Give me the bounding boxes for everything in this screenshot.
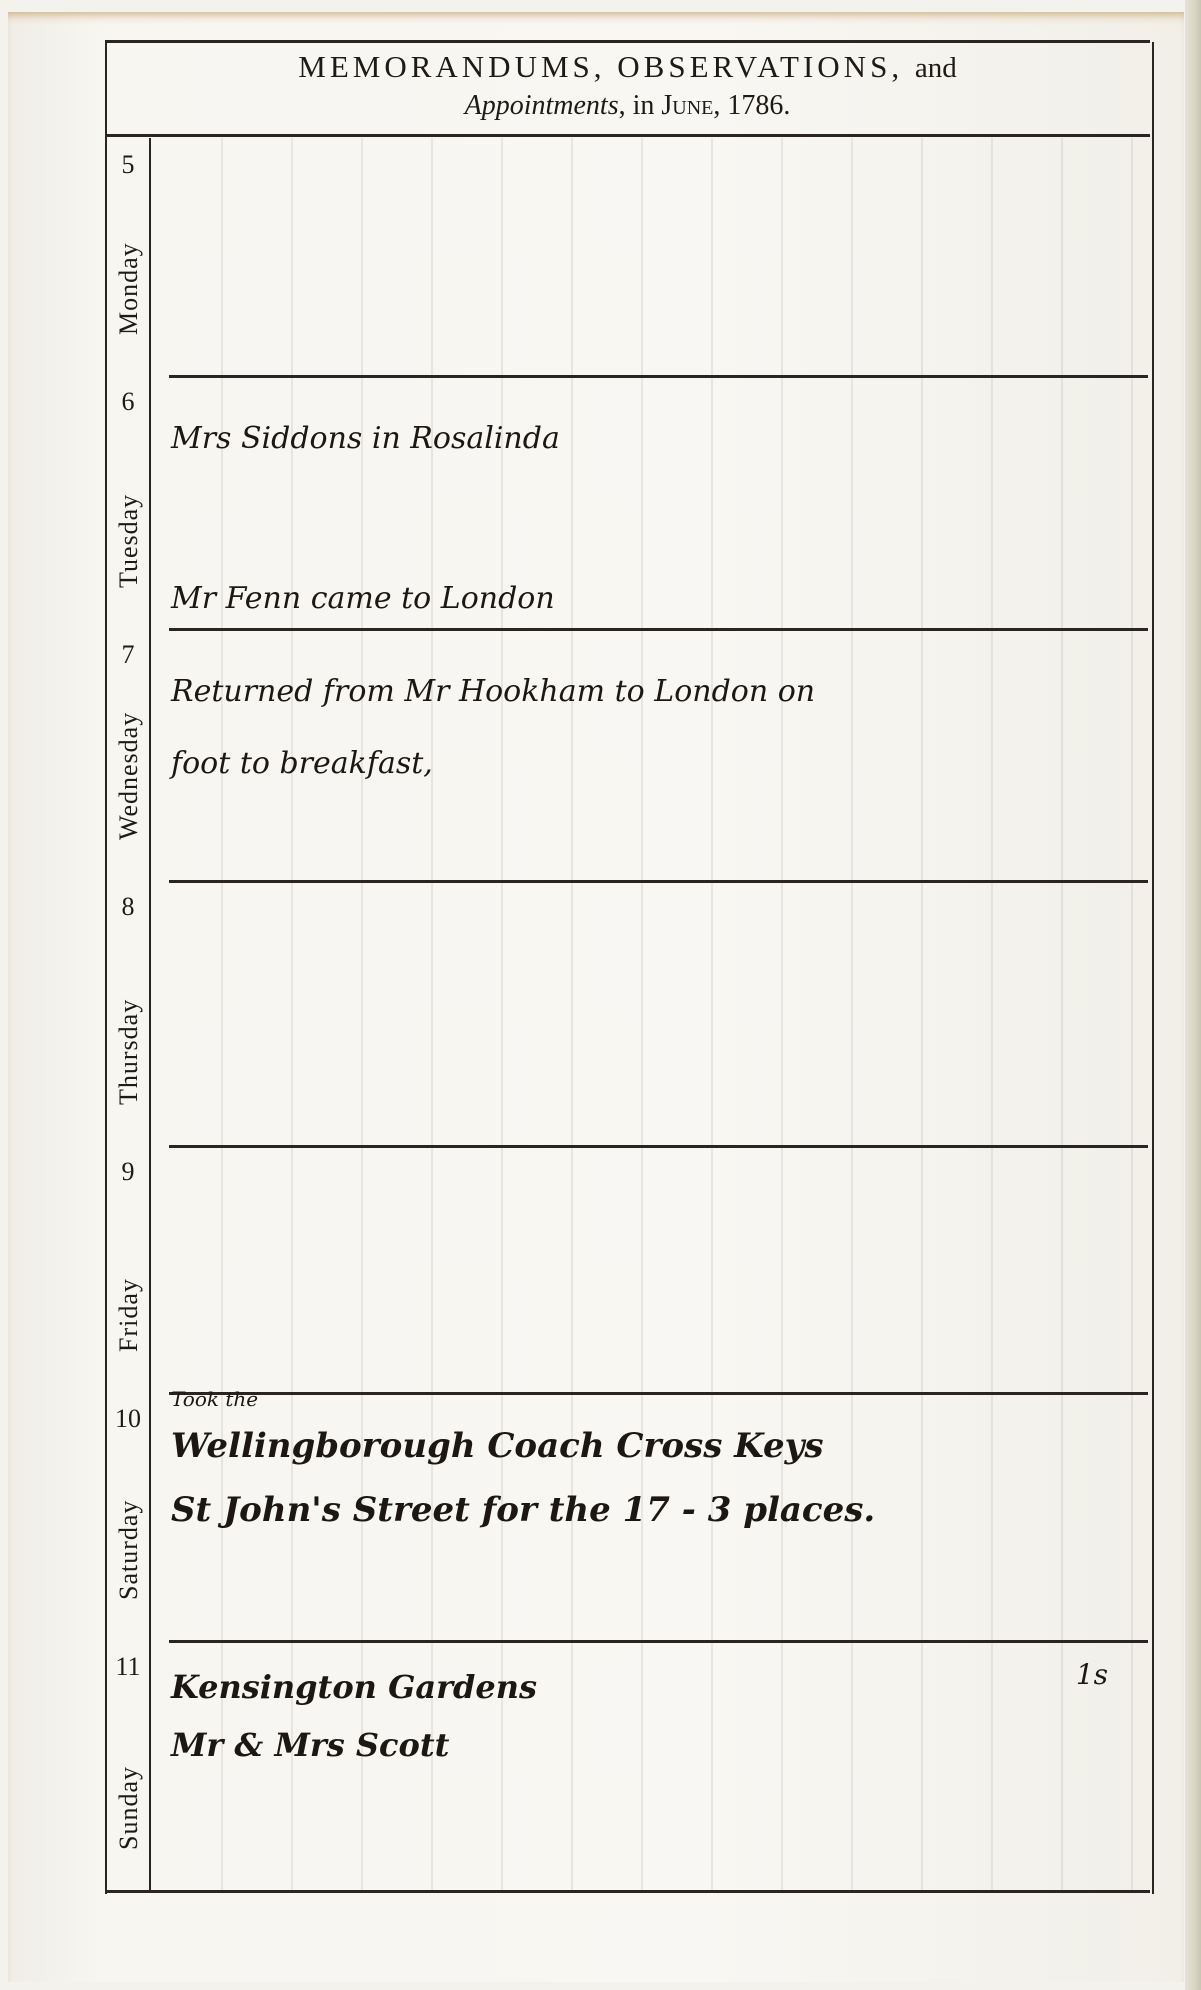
header-title-main: MEMORANDUMS, OBSERVATIONS,	[298, 49, 903, 84]
header-appointments: Appointments	[465, 90, 619, 121]
header-year: , 1786.	[713, 90, 790, 121]
header-top-rule	[105, 40, 1150, 43]
day-divider	[169, 880, 1148, 883]
day-number: 10	[107, 1404, 149, 1434]
day-divider	[169, 1145, 1148, 1148]
day-divider	[169, 628, 1148, 631]
day-number: 7	[107, 640, 149, 670]
header-bottom-rule	[105, 134, 1150, 137]
note-spacer	[171, 483, 1128, 495]
page-edge	[1185, 0, 1201, 1990]
day-notes: Returned from Mr Hookham to London on fo…	[171, 656, 1128, 800]
bleed-through	[153, 1145, 1148, 1392]
day-row-wednesday: 7 Wednesday Returned from Mr Hookham to …	[107, 628, 1148, 880]
day-number: 9	[107, 1157, 149, 1187]
day-number: 8	[107, 892, 149, 922]
header-subtitle: Appointments, in June, 1786.	[110, 88, 1145, 124]
margin-mark: 1s	[1076, 1658, 1108, 1691]
bleed-through	[153, 880, 1148, 1145]
day-divider	[169, 375, 1148, 378]
day-label-column: 10 Saturday	[107, 1392, 151, 1640]
header-in: , in	[619, 90, 662, 121]
day-label-column: 6 Tuesday	[107, 375, 151, 628]
day-divider	[169, 1640, 1148, 1643]
day-notes: Mrs Siddons in Rosalinda Mr Fenn came to…	[171, 395, 1128, 643]
day-label-column: 7 Wednesday	[107, 628, 151, 880]
day-notes: Took the Wellingborough Coach Cross Keys…	[171, 1384, 1128, 1542]
day-row-sunday: 11 Sunday Kensington Gardens Mr & Mrs Sc…	[107, 1640, 1148, 1890]
day-row-saturday: 10 Saturday Took the Wellingborough Coac…	[107, 1392, 1148, 1640]
day-number: 5	[107, 150, 149, 180]
note-line: foot to breakfast,	[171, 728, 1128, 800]
day-name: Tuesday	[114, 494, 144, 588]
note-line: Mrs Siddons in Rosalinda	[171, 395, 1128, 483]
day-name: Saturday	[114, 1500, 144, 1600]
day-name: Sunday	[114, 1766, 144, 1850]
note-line: St John's Street for the 17 - 3 places.	[171, 1478, 1128, 1542]
header-month: June	[661, 90, 713, 121]
note-line: Kensington Gardens	[171, 1658, 1128, 1716]
day-number: 6	[107, 387, 149, 417]
footer-rule	[105, 1890, 1150, 1893]
day-label-column: 9 Friday	[107, 1145, 151, 1392]
day-name: Wednesday	[114, 712, 144, 840]
day-row-monday: 5 Monday	[107, 138, 1148, 375]
day-label-column: 5 Monday	[107, 138, 151, 375]
day-notes: Kensington Gardens Mr & Mrs Scott	[171, 1658, 1128, 1774]
header-title: MEMORANDUMS, OBSERVATIONS, and	[110, 47, 1145, 88]
day-name: Thursday	[114, 999, 144, 1105]
day-label-column: 11 Sunday	[107, 1640, 151, 1890]
bleed-through	[153, 138, 1148, 375]
day-row-friday: 9 Friday	[107, 1145, 1148, 1392]
day-label-column: 8 Thursday	[107, 880, 151, 1145]
note-line: Took the	[171, 1384, 1128, 1414]
header-title-and: and	[915, 52, 957, 84]
day-row-thursday: 8 Thursday	[107, 880, 1148, 1145]
day-number: 11	[107, 1652, 149, 1682]
day-name: Friday	[114, 1278, 144, 1352]
day-row-tuesday: 6 Tuesday Mrs Siddons in Rosalinda Mr Fe…	[107, 375, 1148, 628]
note-line: Wellingborough Coach Cross Keys	[171, 1414, 1128, 1478]
day-name: Monday	[114, 242, 144, 335]
note-line: Returned from Mr Hookham to London on	[171, 656, 1128, 728]
page-header: MEMORANDUMS, OBSERVATIONS, and Appointme…	[110, 45, 1145, 133]
note-line: Mr & Mrs Scott	[171, 1716, 1128, 1774]
